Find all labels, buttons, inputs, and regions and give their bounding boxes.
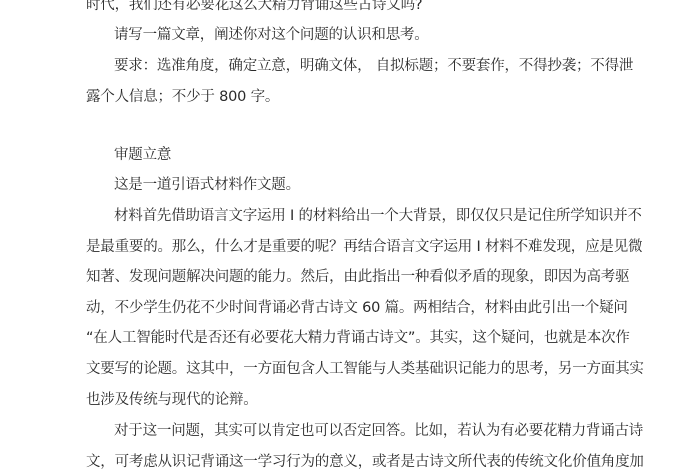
- paragraph1-line: 也涉及传统与现代的论辩。: [86, 391, 258, 409]
- paragraph1-line: 动，不少学生仍花不少时间背诵必背古诗文 60 篇。两相结合，材料由此引出一个疑问: [86, 299, 628, 317]
- prompt-tail-line: 时代，我们还有必要花这么大精力背诵这些古诗文吗?: [86, 0, 422, 14]
- requirements-line-1: 要求：选准角度，确定立意，明确文体， 自拟标题；不要套作，不得抄袭；不得泄: [114, 57, 633, 75]
- analysis-intro: 这是一道引语式材料作文题。: [114, 176, 300, 194]
- paragraph1-line: 材料首先借助语言文字运用 I 的材料给出一个大背景，即仅仅只是记住所学知识并不: [114, 207, 642, 225]
- requirements-line-2: 露个人信息；不少于 800 字。: [86, 88, 279, 106]
- paragraph1-line: 是最重要的。那么，什么才是重要的呢？再结合语言文字运用 I 材料不难发现，应是见…: [86, 238, 642, 256]
- paragraph1-line: 知著、发现问题解决问题的能力。然后，由此指出一种看似矛盾的现象，即因为高考驱: [86, 268, 629, 286]
- paragraph2-line: 对于这一问题，其实可以肯定也可以否定回答。比如，若认为有必要花精力背诵古诗: [114, 422, 643, 440]
- paragraph1-line: 文要写的论题。这其中，一方面包含人工智能与人类基础识记能力的思考，另一方面其实: [86, 360, 644, 378]
- paragraph1-line: “在人工智能时代是否还有必要花大精力背诵古诗文”。其实，这个疑问，也就是本次作: [86, 329, 630, 347]
- document-page: 时代，我们还有必要花这么大精力背诵这些古诗文吗? 请写一篇文章，阐述你对这个问题…: [0, 0, 700, 470]
- paragraph2-line: 文，可考虑从识记背诵这一学习行为的意义，或者是古诗文所代表的传统文化价值角度加: [86, 453, 644, 470]
- section-heading: 审题立意: [114, 146, 171, 164]
- writing-instruction: 请写一篇文章，阐述你对这个问题的认识和思考。: [114, 26, 429, 44]
